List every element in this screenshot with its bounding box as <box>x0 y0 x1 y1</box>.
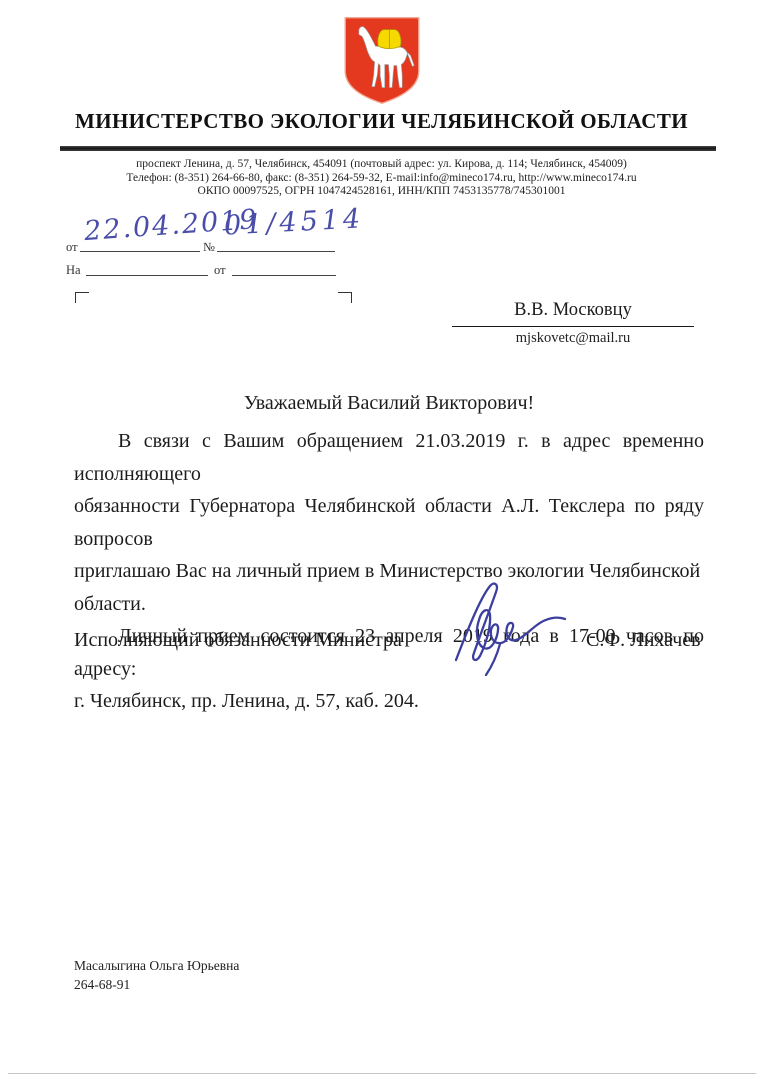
letter-page: МИНИСТЕРСТВО ЭКОЛОГИИ ЧЕЛЯБИНСКОЙ ОБЛАСТ… <box>0 0 763 1080</box>
number-label: № <box>203 240 215 255</box>
signer-position-title: Исполняющий обязанности Министра <box>74 629 402 652</box>
paragraph2-line2: г. Челябинск, пр. Ленина, д. 57, каб. 20… <box>74 685 704 718</box>
reply-to-label: На <box>66 263 81 278</box>
reply-from-label: от <box>214 263 226 278</box>
from-label: от <box>66 240 78 255</box>
letter-body: В связи с Вашим обращением 21.03.2019 г.… <box>74 425 704 718</box>
reply-number-line <box>86 274 208 276</box>
recipient-block: В.В. Московцу mjskovetc@mail.ru <box>452 300 694 347</box>
paragraph1-line1: В связи с Вашим обращением 21.03.2019 г.… <box>74 425 704 490</box>
address-line-1: проспект Ленина, д. 57, Челябинск, 45409… <box>0 158 763 172</box>
paragraph1-line2: обязанности Губернатора Челябинской обла… <box>74 490 704 555</box>
handwritten-signature <box>446 580 572 676</box>
signer-name: С.Ф. Лихачев <box>586 629 701 652</box>
executor-name: Масалыгина Ольга Юрьевна <box>74 956 239 975</box>
executor-block: Масалыгина Ольга Юрьевна 264-68-91 <box>74 956 239 994</box>
executor-phone: 264-68-91 <box>74 975 239 994</box>
address-corner-mark-right <box>338 292 352 303</box>
header-rule <box>60 146 716 151</box>
address-corner-mark-left <box>75 292 89 303</box>
salutation: Уважаемый Василий Викторович! <box>74 392 704 415</box>
paragraph1-line3: приглашаю Вас на личный прием в Министер… <box>74 555 704 620</box>
coat-of-arms-icon <box>338 14 426 106</box>
address-line-3: ОКПО 00097525, ОГРН 1047424528161, ИНН/К… <box>0 185 763 199</box>
date-line <box>80 250 200 252</box>
scan-edge-artifact <box>8 1073 756 1074</box>
address-block: проспект Ленина, д. 57, Челябинск, 45409… <box>0 158 763 199</box>
reply-date-line <box>232 274 336 276</box>
handwritten-number: 01/4514 <box>223 203 365 241</box>
recipient-name: В.В. Московцу <box>452 300 694 327</box>
address-line-2: Телефон: (8-351) 264-66-80, факс: (8-351… <box>0 172 763 186</box>
number-line <box>217 250 335 252</box>
ministry-title: МИНИСТЕРСТВО ЭКОЛОГИИ ЧЕЛЯБИНСКОЙ ОБЛАСТ… <box>0 109 763 134</box>
recipient-email: mjskovetc@mail.ru <box>452 327 694 347</box>
